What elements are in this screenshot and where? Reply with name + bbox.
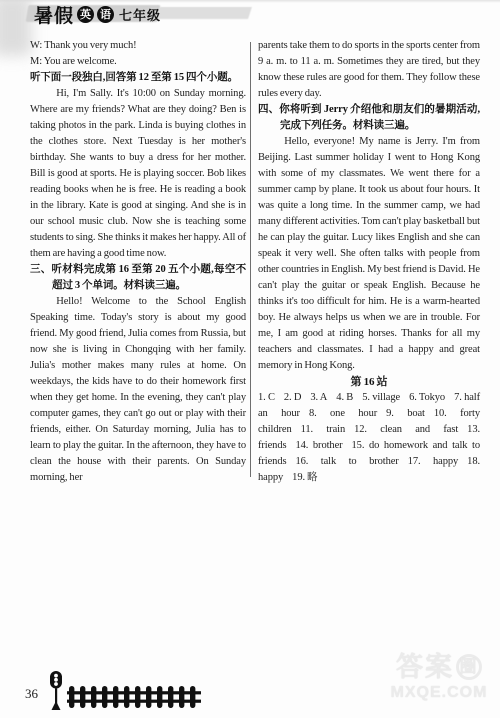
badge-english-char-icon: 英 [77,6,94,23]
railway-track-icon [67,685,201,709]
station-16-heading: 第 16 站 [258,374,480,390]
watermark-text: 答案 [396,652,454,682]
answer-item: 1. C [258,392,275,403]
watermark-title: 答案 圈 [384,652,494,682]
dialog-line-m: M: You are welcome. [30,54,246,70]
dialog-line-w: W: Thank you very much! [30,38,246,54]
answer-item: 19. 略 [292,472,317,483]
answer-item: 5. village [362,392,400,403]
answer-item: 12. clean and fast [354,424,458,435]
section2-instruction: 听下面一段独白,回答第 12 至第 15 四个小题。 [30,70,246,86]
monologue-julia-part1: Hello! Welcome to the School English Spe… [30,294,246,486]
answer-item: 2. D [284,392,301,403]
column-divider [250,42,251,477]
section3-heading: 三、听材料完成第 16 至第 20 五个小题,每空不超过 3 个单词。材料读三遍… [30,262,246,294]
monologue-sally: Hi, I'm Sally. It's 10:00 on Sunday morn… [30,86,246,262]
section4-heading: 四、你将听到 Jerry 介绍他和朋友们的暑期活动,完成下列任务。材料读三遍。 [258,102,480,134]
page-number: 36 [25,686,38,702]
answer-item: 14. brother [295,440,342,451]
answer-key-list: 1. C2. D3. A4. B5. village6. Tokyo7. hal… [258,390,480,486]
watermark-logo: 答案 圈 MXQE.COM [384,652,494,702]
book-header: 暑假 英 语 七年级 [34,3,161,25]
answer-item: 4. B [336,392,353,403]
answer-item: 3. A [310,392,327,403]
badge-language-char-icon: 语 [97,6,114,23]
answer-item: 16. talk to brother [295,456,398,467]
answer-item: 17. happy [408,456,458,467]
header-band-light [156,7,252,19]
monologue-julia-part2: parents take them to do sports in the sp… [258,38,480,102]
watermark-circled-char: 圈 [456,654,482,680]
answer-item: 8. one hour [309,408,377,419]
book-title: 暑假 [34,1,74,28]
watermark-site: MXQE.COM [384,684,494,702]
answer-item: 6. Tokyo [409,392,445,403]
monologue-jerry: Hello, everyone! My name is Jerry. I'm f… [258,134,480,374]
answer-item: 9. boat [386,408,425,419]
railway-signal-icon [47,671,65,710]
answer-item: 11. train [301,424,346,435]
grade-label: 七年级 [119,5,161,24]
right-column: parents take them to do sports in the sp… [258,38,480,486]
left-column: W: Thank you very much! M: You are welco… [30,38,246,486]
